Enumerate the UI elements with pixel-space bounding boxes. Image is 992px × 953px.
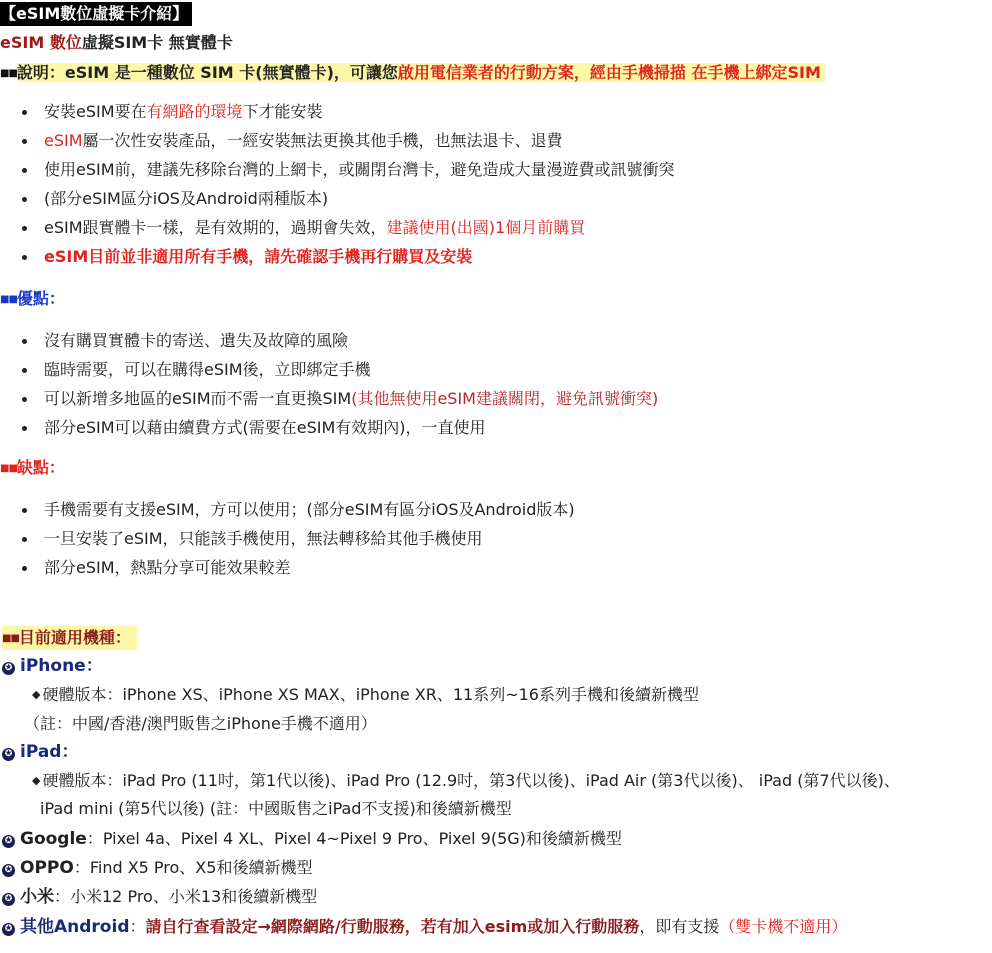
bullet-icon	[22, 110, 27, 115]
cons-heading: ■■缺點：	[0, 457, 65, 480]
list-item: 部分eSIM，熱點分享可能效果較差	[22, 553, 575, 582]
list-item: eSIM跟實體卡一樣，是有效期的，過期會失效，建議使用(出國)1個月前購買	[22, 213, 675, 242]
list-item: 手機需要有支援eSIM，方可以使用；(部分eSIM有區分iOS及Android版…	[22, 495, 575, 524]
square-bullet-icon: ■■	[0, 294, 17, 305]
square-bullet-icon: ■■	[0, 463, 17, 474]
list-item: 可以新增多地區的eSIM而不需一直更換SIM(其他無使用eSIM建議關閉，避免訊…	[22, 384, 658, 413]
bullet-icon	[22, 566, 27, 571]
brand-name: OPPO	[20, 858, 74, 878]
bullet-icon	[22, 426, 27, 431]
cons-heading-text: 缺點：	[17, 458, 65, 477]
detail-text: ：小米12 Pro、小米13和後續新機型	[54, 887, 317, 906]
bullet-icon	[22, 508, 27, 513]
brand-name: 其他Android	[20, 917, 130, 937]
diamond-bullet-icon: ◆	[32, 688, 40, 701]
brand-name: 小米	[20, 887, 54, 907]
list-item: 臨時需要，可以在購得eSIM後，立即綁定手機	[22, 355, 658, 384]
description-part1: 說明：eSIM 是一種數位 SIM 卡(無實體卡)，可讓您	[17, 63, 398, 82]
item-text: 安裝eSIM要在	[44, 102, 147, 121]
item-highlight: (其他無使用eSIM建議關閉，避免訊號衝突)	[351, 389, 658, 408]
bullet-icon	[22, 168, 27, 173]
item-highlight: 有網路的環境	[147, 102, 243, 121]
ipad-detail: ◆硬體版本：iPad Pro (11吋，第1代以後)、iPad Pro (12.…	[32, 770, 900, 792]
iphone-note: （註：中國/香港/澳門販售之iPhone手機不適用）	[24, 713, 377, 735]
subtitle-highlight: eSIM 數位	[0, 33, 82, 52]
detail-note: （雙卡機不適用）	[719, 917, 847, 936]
list-item: 部分eSIM可以藉由續費方式(需要在eSIM有效期內)，一直使用	[22, 413, 658, 442]
item-text: 沒有購買實體卡的寄送、遺失及故障的風險	[44, 331, 348, 350]
bullet-icon	[22, 537, 27, 542]
colon: ：	[130, 917, 146, 936]
star-circle-icon: ✪	[2, 662, 15, 675]
bullet-icon	[22, 339, 27, 344]
item-warning: eSIM目前並非適用所有手機，請先確認手機再行購買及安裝	[44, 247, 472, 266]
star-circle-icon: ✪	[2, 893, 15, 906]
diamond-bullet-icon: ◆	[32, 774, 40, 787]
models-heading: ■■目前適用機種：	[2, 626, 137, 650]
star-circle-icon: ✪	[2, 864, 15, 877]
list-item: eSIM目前並非適用所有手機，請先確認手機再行購買及安裝	[22, 242, 675, 271]
cons-list: 手機需要有支援eSIM，方可以使用；(部分eSIM有區分iOS及Android版…	[22, 495, 575, 582]
detail-text: 硬體版本：iPad Pro (11吋，第1代以後)、iPad Pro (12.9…	[42, 771, 899, 790]
item-highlight: eSIM	[44, 131, 83, 150]
bullet-icon	[22, 255, 27, 260]
pros-list: 沒有購買實體卡的寄送、遺失及故障的風險 臨時需要，可以在購得eSIM後，立即綁定…	[22, 326, 658, 442]
list-item: 安裝eSIM要在有網路的環境下才能安裝	[22, 97, 675, 126]
ipad-detail-2: iPad mini (第5代以後) (註：中國販售之iPad不支援)和後續新機型	[40, 798, 512, 820]
brand-google: ✪Google：Pixel 4a、Pixel 4 XL、Pixel 4~Pixe…	[2, 828, 622, 850]
bullet-icon	[22, 139, 27, 144]
brand-name: iPad：	[20, 742, 78, 762]
pros-heading-text: 優點：	[17, 289, 65, 308]
item-text: 可以新增多地區的eSIM而不需一直更換SIM	[44, 389, 351, 408]
pros-heading: ■■優點：	[0, 288, 65, 311]
list-item: 沒有購買實體卡的寄送、遺失及故障的風險	[22, 326, 658, 355]
intro-list: 安裝eSIM要在有網路的環境下才能安裝 eSIM屬一次性安裝產品，一經安裝無法更…	[22, 97, 675, 271]
bullet-icon	[22, 197, 27, 202]
page-title: 【eSIM數位虛擬卡介紹】	[0, 2, 192, 26]
list-item: eSIM屬一次性安裝產品，一經安裝無法更換其他手機，也無法退卡、退費	[22, 126, 675, 155]
detail-text: 硬體版本：iPhone XS、iPhone XS MAX、iPhone XR、1…	[42, 685, 699, 704]
bullet-icon	[22, 226, 27, 231]
brand-ipad: ✪iPad：	[2, 741, 78, 763]
brand-xiaomi: ✪小米：小米12 Pro、小米13和後續新機型	[2, 886, 317, 908]
description-text: 說明：eSIM 是一種數位 SIM 卡(無實體卡)，可讓您啟用電信業者的行動方案…	[17, 63, 825, 82]
item-text: eSIM跟實體卡一樣，是有效期的，過期會失效，	[44, 218, 387, 237]
item-text: 部分eSIM，熱點分享可能效果較差	[44, 558, 291, 577]
item-text: 下才能安裝	[243, 102, 323, 121]
list-item: (部分eSIM區分iOS及Android兩種版本)	[22, 184, 675, 213]
item-text: 部分eSIM可以藉由續費方式(需要在eSIM有效期內)，一直使用	[44, 418, 486, 437]
detail-highlight: 請自行查看設定→網際網路/行動服務，若有加入esim或加入行動服務	[146, 917, 640, 936]
list-item: 使用eSIM前，建議先移除台灣的上網卡，或關閉台灣卡，避免造成大量漫遊費或訊號衝…	[22, 155, 675, 184]
brand-iphone: ✪iPhone：	[2, 655, 103, 677]
brand-other-android: ✪其他Android：請自行查看設定→網際網路/行動服務，若有加入esim或加入…	[2, 916, 847, 938]
square-bullet-icon: ■■	[0, 68, 17, 79]
item-text: 手機需要有支援eSIM，方可以使用；(部分eSIM有區分iOS及Android版…	[44, 500, 575, 519]
star-circle-icon: ✪	[2, 748, 15, 761]
item-text: 屬一次性安裝產品，一經安裝無法更換其他手機，也無法退卡、退費	[83, 131, 563, 150]
models-heading-text: 目前適用機種：	[19, 628, 131, 647]
list-item: 一旦安裝了eSIM，只能該手機使用，無法轉移給其他手機使用	[22, 524, 575, 553]
item-text: 臨時需要，可以在購得eSIM後，立即綁定手機	[44, 360, 371, 379]
description: ■■說明：eSIM 是一種數位 SIM 卡(無實體卡)，可讓您啟用電信業者的行動…	[0, 60, 825, 86]
star-circle-icon: ✪	[2, 923, 15, 936]
item-text: (部分eSIM區分iOS及Android兩種版本)	[44, 189, 328, 208]
bullet-icon	[22, 397, 27, 402]
detail-text: ：Pixel 4a、Pixel 4 XL、Pixel 4~Pixel 9 Pro…	[87, 829, 622, 848]
star-circle-icon: ✪	[2, 835, 15, 848]
subtitle: eSIM 數位虛擬SIM卡 無實體卡	[0, 32, 233, 54]
item-text: 一旦安裝了eSIM，只能該手機使用，無法轉移給其他手機使用	[44, 529, 483, 548]
item-text: 使用eSIM前，建議先移除台灣的上網卡，或關閉台灣卡，避免造成大量漫遊費或訊號衝…	[44, 160, 675, 179]
detail-text: ，即有支援	[639, 917, 719, 936]
iphone-detail: ◆硬體版本：iPhone XS、iPhone XS MAX、iPhone XR、…	[32, 684, 699, 706]
bullet-icon	[22, 368, 27, 373]
subtitle-rest: 虛擬SIM卡 無實體卡	[82, 33, 233, 52]
description-part2: 啟用電信業者的行動方案，經由手機掃描 在手機上綁定SIM	[398, 63, 821, 82]
brand-name: iPhone：	[20, 656, 103, 676]
brand-name: Google	[20, 829, 87, 849]
brand-oppo: ✪OPPO：Find X5 Pro、X5和後續新機型	[2, 857, 312, 879]
square-bullet-icon: ■■	[2, 633, 19, 644]
detail-text: ：Find X5 Pro、X5和後續新機型	[74, 858, 313, 877]
item-highlight: 建議使用(出國)1個月前購買	[387, 218, 586, 237]
